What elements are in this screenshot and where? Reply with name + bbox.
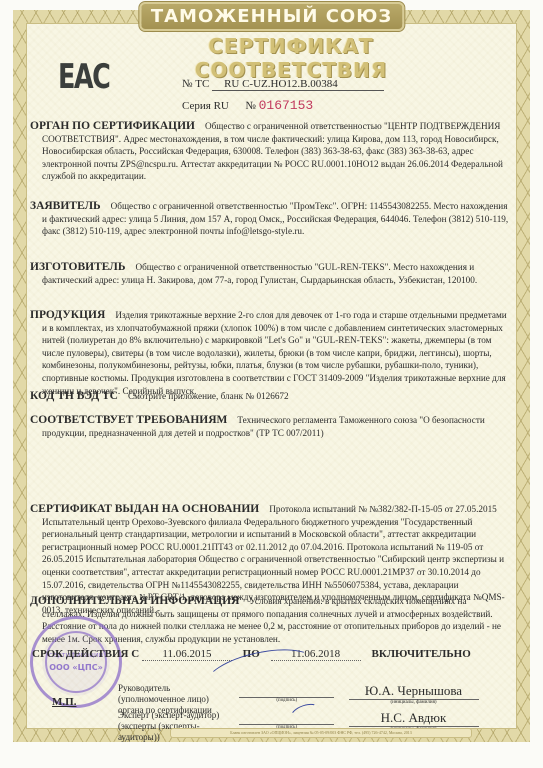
certificate-number-value: RU C-UZ.HO12.B.00384 — [212, 78, 384, 91]
seal-inner-ring — [45, 631, 107, 693]
series-value: RU — [214, 100, 229, 112]
section-label: СООТВЕТСТВУЕТ ТРЕБОВАНИЯМ — [30, 414, 227, 426]
seal-place-label: М.П. — [52, 696, 76, 708]
name-caption: (инициалы, фамилия) — [349, 700, 479, 705]
section-label: СЕРТИФИКАТ ВЫДАН НА ОСНОВАНИИ — [30, 503, 259, 515]
blank-imprint: Бланк изготовлен ЗАО «ОПЦИОН», лицензия … — [170, 728, 472, 738]
section-product: ПРОДУКЦИЯИзделия трикотажные верхние 2-г… — [30, 309, 510, 397]
signer-name: Ю.А. Чернышова(инициалы, фамилия) — [349, 683, 479, 700]
section-text: Общество с ограниченной ответственностью… — [42, 201, 508, 236]
signature-caption: (подпись) — [239, 698, 334, 703]
blank-number-value: 0167153 — [259, 98, 314, 113]
section-label: ИЗГОТОВИТЕЛЬ — [30, 261, 125, 273]
document-title: СЕРТИФИКАТ СООТВЕТСТВИЯ — [146, 34, 436, 82]
section-label: ОРГАН ПО СЕРТИФИКАЦИИ — [30, 120, 195, 132]
validity-from-date: 11.06.2015 — [142, 648, 232, 661]
signer-name-text: Н.С. Авдюк — [381, 710, 447, 725]
section-hs-code: КОД ТН ВЭД ТССмотрите приложение, бланк … — [30, 390, 510, 403]
seal-text-line2: ООО «ЦПС» — [33, 663, 119, 672]
section-label: ПРОДУКЦИЯ — [30, 309, 105, 321]
eac-mark-icon: EAC — [58, 57, 109, 97]
section-label: ЗАЯВИТЕЛЬ — [30, 200, 101, 212]
signature-row-expert: Эксперт (эксперт-аудитор) (эксперты (экс… — [118, 710, 518, 743]
blank-number-label: № — [245, 100, 256, 112]
validity-inclusive-label: ВКЛЮЧИТЕЛЬНО — [372, 648, 471, 660]
organization-seal-stamp: сертификации ООО «ЦПС» — [30, 616, 122, 708]
customs-union-banner: ТАМОЖЕННЫЙ СОЮЗ — [139, 2, 404, 31]
series-label: Серия — [182, 100, 211, 112]
certificate-number-label: № ТС — [182, 78, 209, 90]
section-applicant: ЗАЯВИТЕЛЬОбщество с ограниченной ответст… — [30, 200, 510, 238]
certificate-number: № ТС RU C-UZ.HO12.B.00384 — [182, 78, 384, 91]
validity-from-label: СРОК ДЕЙСТВИЯ С — [32, 648, 139, 660]
signature-line: (подпись) — [239, 710, 334, 725]
signer-name-text: Ю.А. Чернышова — [365, 683, 462, 698]
section-manufacturer: ИЗГОТОВИТЕЛЬОбщество с ограниченной отве… — [30, 261, 510, 286]
section-conforms-to: СООТВЕТСТВУЕТ ТРЕБОВАНИЯМТехнического ре… — [30, 414, 510, 439]
section-text: Смотрите приложение, бланк № 0126672 — [128, 391, 289, 401]
section-text: Изделия трикотажные верхние 2-го слоя дл… — [42, 310, 507, 396]
section-certification-body: ОРГАН ПО СЕРТИФИКАЦИИОбщество с ограниче… — [30, 120, 510, 183]
signer-role: Эксперт (эксперт-аудитор) (эксперты (экс… — [118, 710, 233, 743]
section-label: КОД ТН ВЭД ТС — [30, 390, 118, 402]
section-label: ДОПОЛНИТЕЛЬНАЯ ИНФОРМАЦИЯ — [30, 595, 239, 607]
blank-series: Серия RU № 0167153 — [182, 98, 313, 113]
signer-name: Н.С. Авдюк(инициалы, фамилия) — [349, 710, 479, 727]
